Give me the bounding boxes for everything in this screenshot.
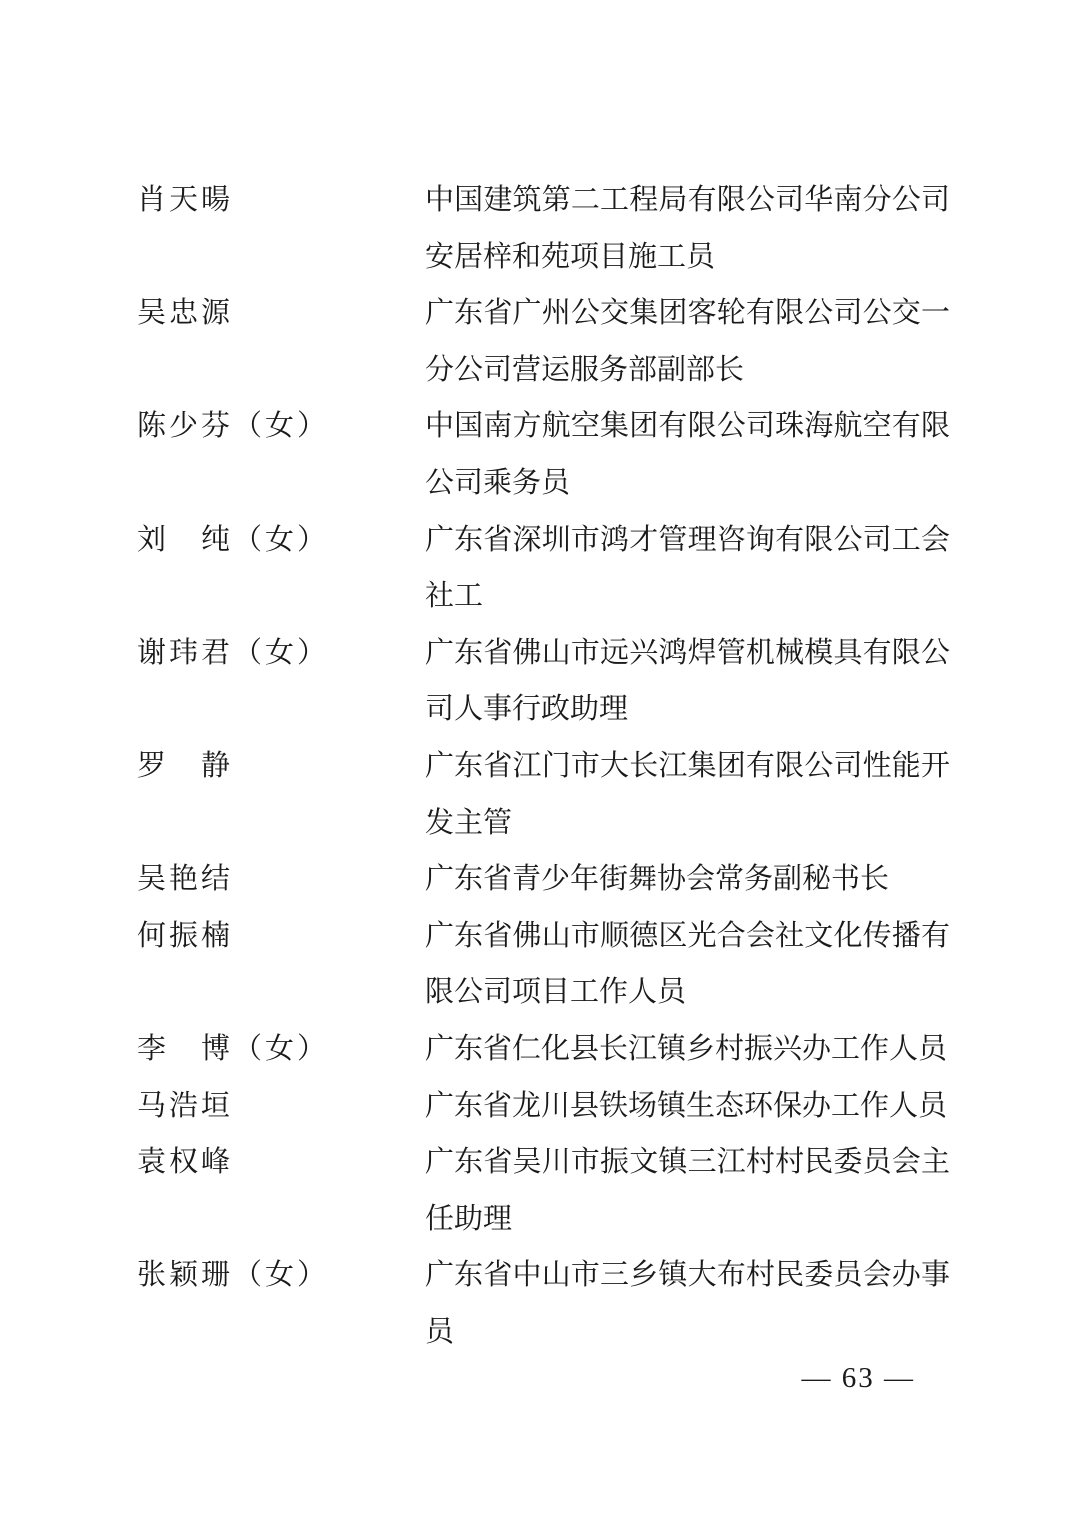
document-page: 肖天暘 中国建筑第二工程局有限公司华南分公司安居梓和苑项目施工员 吴忠源 广东省… [0, 0, 1080, 1526]
person-position: 广东省吴川市振文镇三江村村民委员会主任助理 [425, 1134, 950, 1247]
list-item: 吴忠源 广东省广州公交集团客轮有限公司公交一分公司营运服务部副部长 [137, 285, 949, 398]
list-item: 陈少芬（女） 中国南方航空集团有限公司珠海航空有限公司乘务员 [137, 398, 949, 511]
person-name: 李 博（女） [137, 1021, 425, 1078]
person-name: 肖天暘 [137, 172, 425, 229]
list-item: 谢玮君（女） 广东省佛山市远兴鸿焊管机械模具有限公司人事行政助理 [137, 625, 949, 738]
honor-roll-list: 肖天暘 中国建筑第二工程局有限公司华南分公司安居梓和苑项目施工员 吴忠源 广东省… [137, 172, 949, 1360]
person-position: 广东省仁化县长江镇乡村振兴办工作人员 [425, 1021, 950, 1078]
list-item: 李 博（女） 广东省仁化县长江镇乡村振兴办工作人员 [137, 1021, 949, 1078]
person-name: 吴忠源 [137, 285, 425, 342]
person-name: 刘 纯（女） [137, 512, 425, 569]
person-position: 广东省龙川县铁场镇生态环保办工作人员 [425, 1078, 950, 1135]
person-name: 袁权峰 [137, 1134, 425, 1191]
person-position: 广东省广州公交集团客轮有限公司公交一分公司营运服务部副部长 [425, 285, 950, 398]
person-position: 广东省青少年街舞协会常务副秘书长 [425, 851, 950, 908]
person-name: 何振楠 [137, 908, 425, 965]
person-name: 张颖珊（女） [137, 1247, 425, 1304]
list-item: 吴艳结 广东省青少年街舞协会常务副秘书长 [137, 851, 949, 908]
list-item: 肖天暘 中国建筑第二工程局有限公司华南分公司安居梓和苑项目施工员 [137, 172, 949, 285]
person-position: 广东省深圳市鸿才管理咨询有限公司工会社工 [425, 512, 950, 625]
person-name: 马浩垣 [137, 1078, 425, 1135]
person-position: 中国建筑第二工程局有限公司华南分公司安居梓和苑项目施工员 [425, 172, 950, 285]
person-name: 谢玮君（女） [137, 625, 425, 682]
person-position: 广东省江门市大长江集团有限公司性能开发主管 [425, 738, 950, 851]
person-name: 吴艳结 [137, 851, 425, 908]
person-name: 罗 静 [137, 738, 425, 795]
list-item: 罗 静 广东省江门市大长江集团有限公司性能开发主管 [137, 738, 949, 851]
list-item: 马浩垣 广东省龙川县铁场镇生态环保办工作人员 [137, 1078, 949, 1135]
list-item: 张颖珊（女） 广东省中山市三乡镇大布村民委员会办事员 [137, 1247, 949, 1360]
person-position: 广东省中山市三乡镇大布村民委员会办事员 [425, 1247, 950, 1360]
page-number: — 63 — [802, 1358, 916, 1398]
person-name: 陈少芬（女） [137, 398, 425, 455]
person-position: 中国南方航空集团有限公司珠海航空有限公司乘务员 [425, 398, 950, 511]
list-item: 袁权峰 广东省吴川市振文镇三江村村民委员会主任助理 [137, 1134, 949, 1247]
list-item: 何振楠 广东省佛山市顺德区光合会社文化传播有限公司项目工作人员 [137, 908, 949, 1021]
person-position: 广东省佛山市远兴鸿焊管机械模具有限公司人事行政助理 [425, 625, 950, 738]
person-position: 广东省佛山市顺德区光合会社文化传播有限公司项目工作人员 [425, 908, 950, 1021]
list-item: 刘 纯（女） 广东省深圳市鸿才管理咨询有限公司工会社工 [137, 512, 949, 625]
